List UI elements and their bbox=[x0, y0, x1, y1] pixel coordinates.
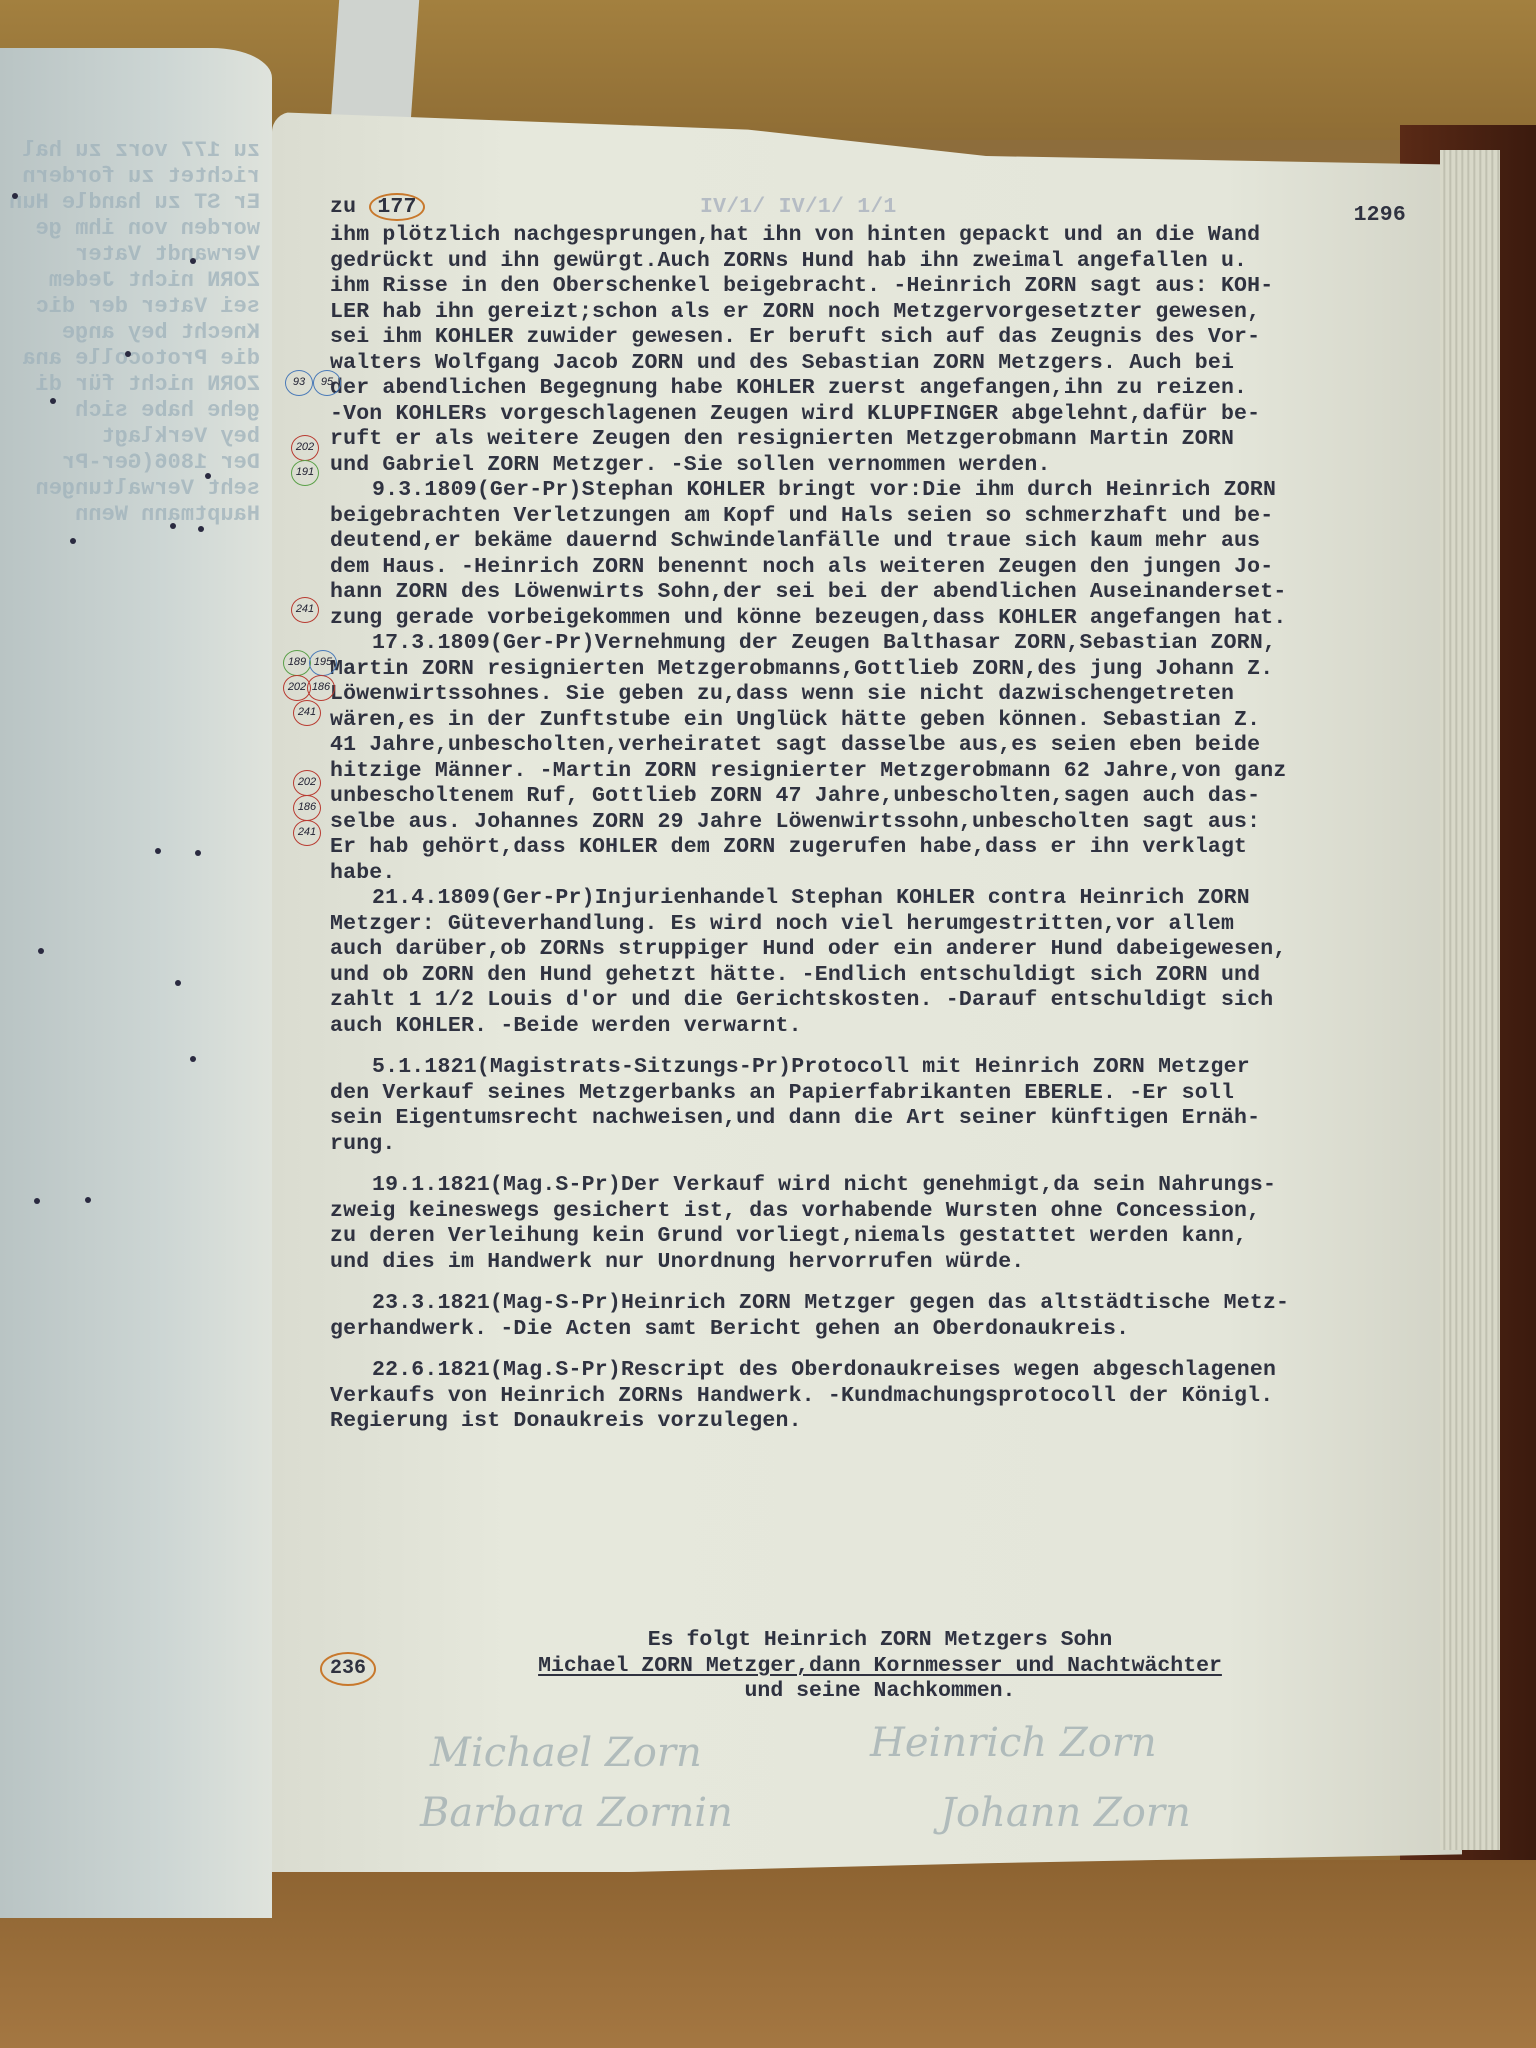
margin-ref-circle: 95 bbox=[313, 370, 341, 396]
ink-dot bbox=[12, 193, 18, 199]
cross-reference: zu 177 bbox=[330, 195, 425, 221]
text-line: zu deren Verleihung kein Grund vorliegt,… bbox=[330, 1224, 1450, 1250]
text-line: 21.4.1809(Ger-Pr)Injurienhandel Stephan … bbox=[330, 886, 1450, 912]
text-line: der abendlichen Begegnung habe KOHLER zu… bbox=[330, 376, 1450, 402]
bookmark-strip bbox=[331, 0, 419, 120]
text-line: dem Haus. -Heinrich ZORN benennt noch al… bbox=[330, 555, 1450, 581]
text-line: Regierung ist Donaukreis vorzulegen. bbox=[330, 1409, 1450, 1435]
text-line: Er hab gehört,dass KOHLER dem ZORN zuger… bbox=[330, 835, 1450, 861]
text-line: 5.1.1821(Magistrats-Sitzungs-Pr)Protocol… bbox=[330, 1055, 1450, 1081]
margin-ref-circle: 241 bbox=[293, 700, 321, 726]
text-line: selbe aus. Johannes ZORN 29 Jahre Löwenw… bbox=[330, 810, 1450, 836]
text-line: habe. bbox=[330, 861, 1450, 887]
text-line: und Gabriel ZORN Metzger. -Sie sollen ve… bbox=[330, 453, 1450, 479]
ink-dot bbox=[85, 1197, 91, 1203]
faint-stamp: IV/1/ IV/1/ 1/1 bbox=[700, 195, 897, 221]
text-line: sein Eigentumsrecht nachweisen,und dann … bbox=[330, 1106, 1450, 1132]
text-line: 9.3.1809(Ger-Pr)Stephan KOHLER bringt vo… bbox=[330, 478, 1450, 504]
text-line: und ob ZORN den Hund gehetzt hätte. -End… bbox=[330, 963, 1450, 989]
text-line: ihm plötzlich nachgesprungen,hat ihn von… bbox=[330, 223, 1450, 249]
text-line: zahlt 1 1/2 Louis d'or und die Gerichtsk… bbox=[330, 988, 1450, 1014]
text-line: walters Wolfgang Jacob ZORN und des Seba… bbox=[330, 351, 1450, 377]
text-line: gedrückt und ihn gewürgt.Auch ZORNs Hund… bbox=[330, 249, 1450, 275]
text-line: zung gerade vorbeigekommen und könne bez… bbox=[330, 606, 1450, 632]
ink-dot bbox=[50, 398, 56, 404]
handwritten-signatures-bleedthrough: Michael Zorn Heinrich Zorn Barbara Zorni… bbox=[420, 1730, 1320, 1850]
text-line: 17.3.1809(Ger-Pr)Vernehmung der Zeugen B… bbox=[330, 631, 1450, 657]
signature: Barbara Zornin bbox=[420, 1790, 733, 1836]
closing-line: Es folgt Heinrich ZORN Metzgers Sohn bbox=[330, 1628, 1430, 1654]
text-line: ihm Risse in den Oberschenkel beigebrach… bbox=[330, 274, 1450, 300]
text-line: -Von KOHLERs vorgeschlagenen Zeugen wird… bbox=[330, 402, 1450, 428]
ink-dot bbox=[205, 473, 211, 479]
page-header: zu 177 IV/1/ IV/1/ 1/1 1296 bbox=[330, 195, 1450, 223]
text-line: Löwenwirtssohnes. Sie geben zu,dass wenn… bbox=[330, 682, 1450, 708]
text-line: hitzige Männer. -Martin ZORN resignierte… bbox=[330, 759, 1450, 785]
margin-ref-circle: 195 bbox=[309, 650, 337, 676]
text-line: deutend,er bekäme dauernd Schwindelanfäl… bbox=[330, 529, 1450, 555]
margin-ref-circle: 241 bbox=[293, 820, 321, 846]
text-line: den Verkauf seines Metzgerbanks an Papie… bbox=[330, 1081, 1450, 1107]
ink-dot bbox=[38, 948, 44, 954]
left-page: zu 177 vorz zu hal richtet zu fordern Er… bbox=[0, 48, 272, 1918]
ink-dot bbox=[155, 848, 161, 854]
signature: Michael Zorn bbox=[430, 1730, 702, 1776]
page-number: 1296 bbox=[1354, 203, 1406, 229]
text-line: hann ZORN des Löwenwirts Sohn,der sei be… bbox=[330, 580, 1450, 606]
document-body: ihm plötzlich nachgesprungen,hat ihn von… bbox=[330, 223, 1450, 1435]
margin-ref-circle: 241 bbox=[291, 597, 319, 623]
margin-ref-circle: 191 bbox=[291, 460, 319, 486]
circled-reference-number: 236 bbox=[320, 1652, 376, 1686]
closing-note: 236 Es folgt Heinrich ZORN Metzgers Sohn… bbox=[330, 1628, 1430, 1705]
margin-ref-circle: 202 bbox=[293, 770, 321, 796]
text-line: auch KOHLER. -Beide werden verwarnt. bbox=[330, 1014, 1450, 1040]
left-page-bleedthrough-text: zu 177 vorz zu hal richtet zu fordern Er… bbox=[0, 138, 260, 528]
text-line: und dies im Handwerk nur Unordnung hervo… bbox=[330, 1250, 1450, 1276]
ink-dot bbox=[170, 523, 176, 529]
text-line: 22.6.1821(Mag.S-Pr)Rescript des Oberdona… bbox=[330, 1358, 1450, 1384]
ink-dot bbox=[125, 351, 131, 357]
text-line: sei ihm KOHLER zuwider gewesen. Er beruf… bbox=[330, 325, 1450, 351]
margin-ref-circle: 93 bbox=[285, 370, 313, 396]
text-line: gerhandwerk. -Die Acten samt Bericht geh… bbox=[330, 1317, 1450, 1343]
margin-ref-circle: 186 bbox=[293, 795, 321, 821]
margin-ref-circle: 186 bbox=[307, 675, 335, 701]
ink-dot bbox=[198, 526, 204, 532]
closing-line: Michael ZORN Metzger,dann Kornmesser und… bbox=[330, 1654, 1430, 1680]
ink-dot bbox=[190, 1056, 196, 1062]
text-line: Verkaufs von Heinrich ZORNs Handwerk. -K… bbox=[330, 1384, 1450, 1410]
text-line: unbescholtenem Ruf, Gottlieb ZORN 47 Jah… bbox=[330, 784, 1450, 810]
text-line: 41 Jahre,unbescholten,verheiratet sagt d… bbox=[330, 733, 1450, 759]
ink-dot bbox=[70, 538, 76, 544]
text-line: rung. bbox=[330, 1132, 1450, 1158]
ink-dot bbox=[175, 980, 181, 986]
text-line: Metzger: Güteverhandlung. Es wird noch v… bbox=[330, 912, 1450, 938]
circled-reference-number: 177 bbox=[369, 193, 424, 221]
text-line: LER hab ihn gereizt;schon als er ZORN no… bbox=[330, 300, 1450, 326]
text-line: auch darüber,ob ZORNs struppiger Hund od… bbox=[330, 937, 1450, 963]
text-line: 23.3.1821(Mag-S-Pr)Heinrich ZORN Metzger… bbox=[330, 1291, 1450, 1317]
text-line: ruft er als weitere Zeugen den resignier… bbox=[330, 427, 1450, 453]
closing-line: und seine Nachkommen. bbox=[330, 1679, 1430, 1705]
text-line: zweig keineswegs gesichert ist, das vorh… bbox=[330, 1199, 1450, 1225]
text-line: beigebrachten Verletzungen am Kopf und H… bbox=[330, 504, 1450, 530]
ink-dot bbox=[34, 1198, 40, 1204]
text-line: 19.1.1821(Mag.S-Pr)Der Verkauf wird nich… bbox=[330, 1173, 1450, 1199]
text-line: Martin ZORN resignierten Metzgerobmanns,… bbox=[330, 657, 1450, 683]
ink-dot bbox=[190, 258, 196, 264]
signature: Johann Zorn bbox=[940, 1790, 1191, 1836]
signature: Heinrich Zorn bbox=[870, 1720, 1157, 1766]
margin-ref-circle: 202 bbox=[291, 435, 319, 461]
ink-dot bbox=[195, 850, 201, 856]
text-line: wären,es in der Zunftstube ein Unglück h… bbox=[330, 708, 1450, 734]
typewritten-document: zu 177 IV/1/ IV/1/ 1/1 1296 ihm plötzlic… bbox=[330, 195, 1450, 1435]
margin-ref-circle: 189 bbox=[283, 650, 311, 676]
